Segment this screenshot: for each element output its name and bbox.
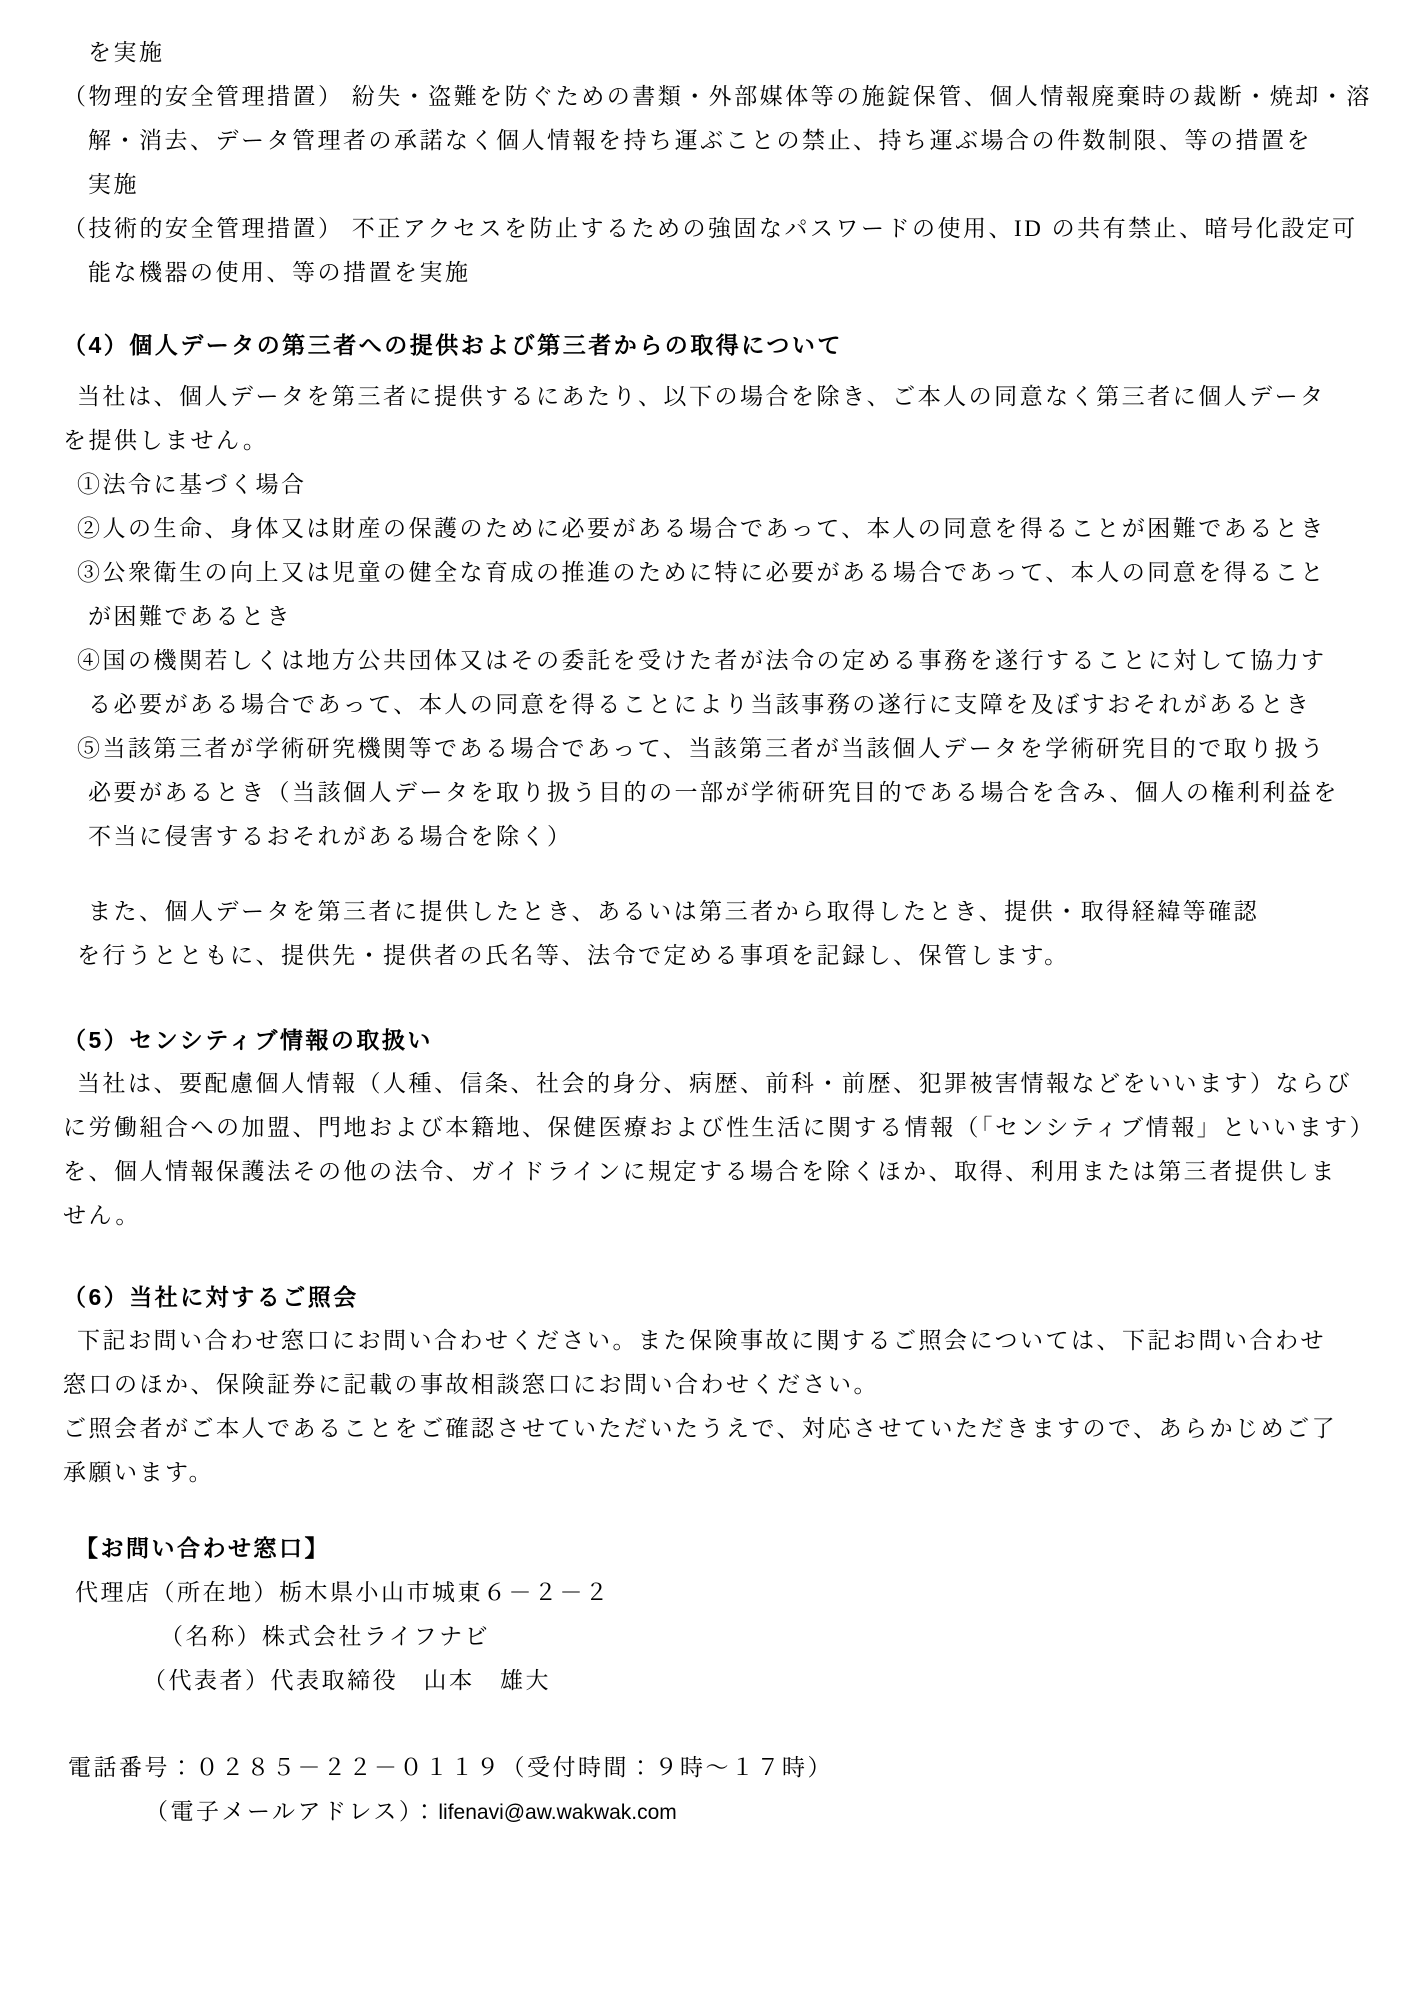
list-item-1: ①法令に基づく場合 bbox=[77, 463, 1373, 507]
contact-phone-line: 電話番号：０２８５－２２－０１１９（受付時間：９時～１７時） bbox=[68, 1745, 1373, 1789]
safety-line: 能な機器の使用、等の措置を実施 bbox=[88, 251, 1373, 295]
safety-line: を実施 bbox=[88, 31, 1373, 75]
section6-line: 承願います。 bbox=[63, 1451, 1373, 1495]
list-item-5-cont: 必要があるとき（当該個人データを取り扱う目的の一部が学術研究目的である場合を含み… bbox=[88, 771, 1373, 815]
section5-line: を、個人情報保護法その他の法令、ガイドラインに規定する場合を除くほか、取得、利用… bbox=[63, 1150, 1373, 1194]
section5-line: せん。 bbox=[63, 1194, 1373, 1238]
email-address: lifenavi@aw.wakwak.com bbox=[438, 1801, 676, 1824]
safety-line: 実施 bbox=[88, 163, 1373, 207]
contact-company-name-line: （名称）株式会社ライフナビ bbox=[160, 1614, 1373, 1658]
document-content: を実施 （物理的安全管理措置） 紛失・盗難を防ぐための書類・外部媒体等の施錠保管… bbox=[0, 0, 1413, 1833]
section5-line: に労働組合への加盟、門地および本籍地、保健医療および性生活に関する情報（「センシ… bbox=[63, 1106, 1373, 1150]
safety-line-technical: （技術的安全管理措置） 不正アクセスを防止するための強固なパスワードの使用、ID… bbox=[63, 207, 1373, 251]
section4-heading: （4）個人データの第三者への提供および第三者からの取得について bbox=[63, 323, 1373, 367]
list-item-5: ⑤当該第三者が学術研究機関等である場合であって、当該第三者が当該個人データを学術… bbox=[77, 727, 1373, 771]
section4-intro-line: 当社は、個人データを第三者に提供するにあたり、以下の場合を除き、ご本人の同意なく… bbox=[77, 375, 1373, 419]
section6-line: ご照会者がご本人であることをご確認させていただいたうえで、対応させていただきます… bbox=[63, 1407, 1373, 1451]
section5-line: 当社は、要配慮個人情報（人種、信条、社会的身分、病歴、前科・前歴、犯罪被害情報な… bbox=[77, 1062, 1373, 1106]
list-item-2: ②人の生命、身体又は財産の保護のために必要がある場合であって、本人の同意を得るこ… bbox=[77, 507, 1373, 551]
list-item-5-cont: 不当に侵害するおそれがある場合を除く） bbox=[88, 815, 1373, 859]
section4-intro-line: を提供しません。 bbox=[63, 419, 1373, 463]
contact-heading: 【お問い合わせ窓口】 bbox=[75, 1526, 1373, 1570]
section6-heading: （6）当社に対するご照会 bbox=[63, 1275, 1373, 1319]
contact-email-line: （電子メールアドレス）：lifenavi@aw.wakwak.com bbox=[145, 1789, 1373, 1833]
section5-heading: （5）センシティブ情報の取扱い bbox=[63, 1018, 1373, 1062]
safety-line-physical: （物理的安全管理措置） 紛失・盗難を防ぐための書類・外部媒体等の施錠保管、個人情… bbox=[63, 75, 1373, 119]
section4-note-line: また、個人データを第三者に提供したとき、あるいは第三者から取得したとき、提供・取… bbox=[88, 890, 1373, 934]
contact-agency-line: 代理店（所在地）栃木県小山市城東６－２－２ bbox=[75, 1570, 1373, 1614]
list-item-3: ③公衆衛生の向上又は児童の健全な育成の推進のために特に必要がある場合であって、本… bbox=[77, 551, 1373, 595]
list-item-4: ④国の機関若しくは地方公共団体又はその委託を受けた者が法令の定める事務を遂行する… bbox=[77, 639, 1373, 683]
list-item-3-cont: が困難であるとき bbox=[88, 595, 1373, 639]
section6-line: 下記お問い合わせ窓口にお問い合わせください。また保険事故に関するご照会については… bbox=[77, 1319, 1373, 1363]
contact-representative-line: （代表者）代表取締役 山本 雄大 bbox=[143, 1658, 1373, 1702]
email-label: （電子メールアドレス）： bbox=[145, 1798, 438, 1824]
section4-note-line: を行うとともに、提供先・提供者の氏名等、法令で定める事項を記録し、保管します。 bbox=[77, 934, 1373, 978]
safety-line: 解・消去、データ管理者の承諾なく個人情報を持ち運ぶことの禁止、持ち運ぶ場合の件数… bbox=[88, 119, 1373, 163]
list-item-4-cont: る必要がある場合であって、本人の同意を得ることにより当該事務の遂行に支障を及ぼす… bbox=[88, 683, 1373, 727]
document-page: を実施 （物理的安全管理措置） 紛失・盗難を防ぐための書類・外部媒体等の施錠保管… bbox=[0, 0, 1413, 2000]
section6-line: 窓口のほか、保険証券に記載の事故相談窓口にお問い合わせください。 bbox=[63, 1363, 1373, 1407]
